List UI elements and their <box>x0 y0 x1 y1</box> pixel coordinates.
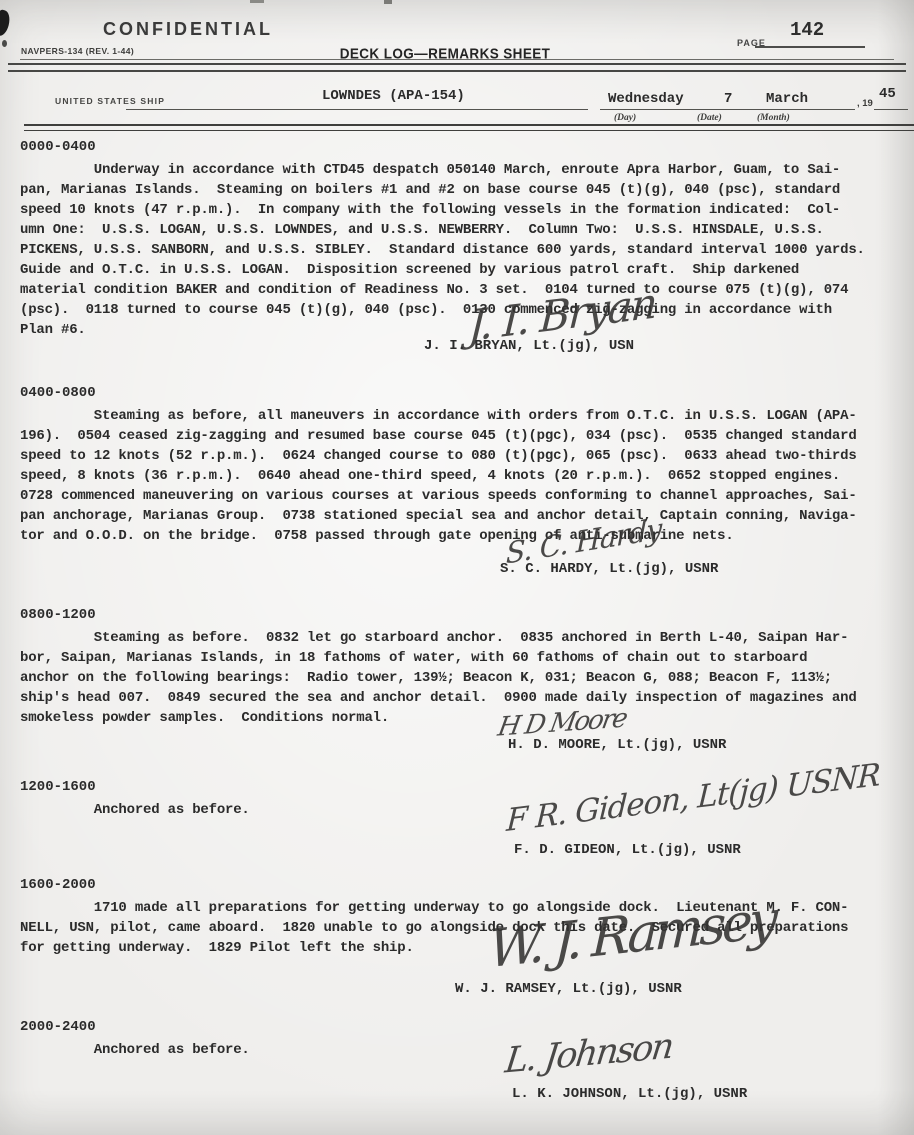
date-field-label: (Date) <box>697 113 722 123</box>
double-rule <box>8 63 906 72</box>
typed-signature-name: F. D. GIDEON, Lt.(jg), USNR <box>514 842 741 858</box>
typed-signature-name: H. D. MOORE, Lt.(jg), USNR <box>508 737 726 753</box>
ship-name-underline <box>126 109 588 110</box>
watch-time-range: 1600-2000 <box>20 877 96 893</box>
page-number: 142 <box>790 19 824 41</box>
log-entry-text: Steaming as before, all maneuvers in acc… <box>20 406 857 546</box>
header-heavy-rule <box>24 124 914 131</box>
handwritten-signature: L. Johnson <box>503 1026 675 1081</box>
ship-name: LOWNDES (APA-154) <box>322 88 465 104</box>
date-day: Wednesday <box>608 91 684 107</box>
year-underline <box>874 109 908 110</box>
watch-time-range: 0000-0400 <box>20 139 96 155</box>
typed-signature-name: S. C. HARDY, Lt.(jg), USNR <box>500 561 718 577</box>
scan-speck <box>250 0 264 3</box>
scan-smudge <box>0 9 12 38</box>
date-month: March <box>766 91 808 107</box>
handwritten-signature: F R. Gideon, Lt(jg) USNR <box>505 757 880 839</box>
log-entry-text: Underway in accordance with CTD45 despat… <box>20 160 865 340</box>
log-entry-text: Steaming as before. 0832 let go starboar… <box>20 628 857 728</box>
deck-log-page: CONFIDENTIAL PAGE 142 NAVPERS-134 (REV. … <box>0 0 914 1135</box>
watch-time-range: 0800-1200 <box>20 607 96 623</box>
typed-signature-name: W. J. RAMSEY, Lt.(jg), USNR <box>455 981 682 997</box>
scan-speck <box>384 0 392 4</box>
watch-time-range: 1200-1600 <box>20 779 96 795</box>
log-entry-text: Anchored as before. <box>20 1040 250 1060</box>
month-field-label: (Month) <box>757 113 790 123</box>
ship-label: UNITED STATES SHIP <box>55 96 165 106</box>
typed-signature-name: L. K. JOHNSON, Lt.(jg), USNR <box>512 1086 747 1102</box>
log-entry-text: Anchored as before. <box>20 800 250 820</box>
typed-signature-name: J. I. BRYAN, Lt.(jg), USN <box>424 338 634 354</box>
date-underline <box>600 109 855 110</box>
day-field-label: (Day) <box>614 113 636 123</box>
thin-rule <box>20 59 894 60</box>
date-number: 7 <box>724 91 732 107</box>
year-value: 45 <box>879 86 896 102</box>
year-prefix: , 19 <box>857 98 873 109</box>
watch-time-range: 0400-0800 <box>20 385 96 401</box>
classification-stamp: CONFIDENTIAL <box>103 19 273 40</box>
watch-time-range: 2000-2400 <box>20 1019 96 1035</box>
